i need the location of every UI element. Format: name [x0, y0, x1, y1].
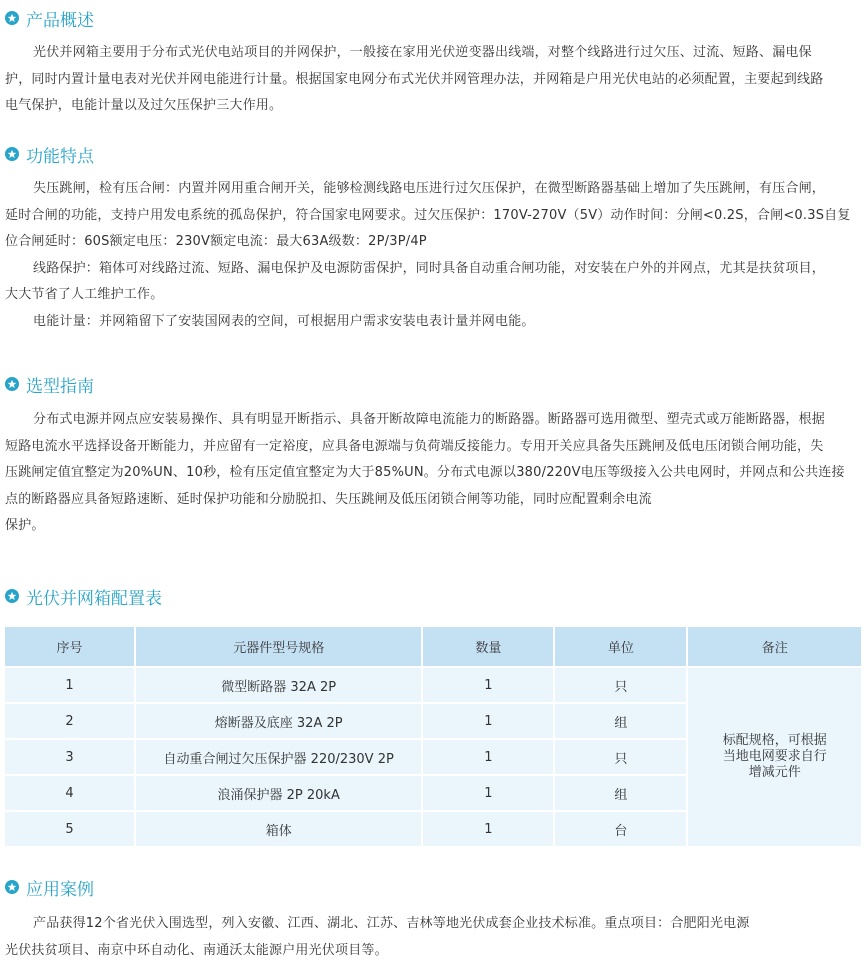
star-circle-icon — [5, 377, 19, 391]
text-line: 位合闸延时：60S额定电压：230V额定电流：最大63A级数：2P/3P/4P — [5, 229, 865, 256]
star-circle-icon — [5, 589, 19, 603]
selection-paragraph: 分布式电源并网点应安装易操作、具有明显开断指示、具备开断故障电流能力的断路器。断… — [5, 407, 865, 540]
text-line: 电能计量：并网箱留下了安装国网表的空间，可根据用户需求安装电表计量并网电能。 — [5, 309, 865, 336]
cell-note: 标配规格，可根据 当地电网要求自行 增减元件 — [688, 668, 861, 846]
cell-spec: 浪涌保护器 2P 20kA — [136, 776, 421, 810]
star-circle-icon — [5, 880, 19, 894]
cell-spec: 自动重合闸过欠压保护器 220/230V 2P — [136, 740, 421, 774]
text-line: 点的断路器应具备短路速断、延时保护功能和分励脱扣、失压跳闸及低压闭锁合闸等功能，… — [5, 487, 865, 514]
text-line: 大大节省了人工维护工作。 — [5, 282, 865, 309]
cell-no: 1 — [5, 668, 134, 702]
text-line: 保护。 — [5, 513, 865, 540]
note-line: 当地电网要求自行 — [689, 749, 860, 765]
cell-qty: 1 — [423, 704, 553, 738]
cell-qty: 1 — [423, 812, 553, 846]
text-line: 延时合闸的功能，支持户用发电系统的孤岛保护，符合国家电网要求。过欠压保护：170… — [5, 203, 865, 230]
cell-qty: 1 — [423, 776, 553, 810]
section-title-text: 应用案例 — [26, 875, 94, 900]
text-line: 光伏扶贫项目、南京中环自动化、南通沃太能源户用光伏项目等。 — [5, 938, 865, 965]
text-line: 电气保护，电能计量以及过欠压保护三大作用。 — [5, 93, 865, 120]
text-line: 压跳闸定值宜整定为20%UN、10秒，检有压定值宜整定为大于85%UN。分布式电… — [5, 460, 865, 487]
section-title-text: 功能特点 — [26, 142, 94, 167]
overview-paragraph: 光伏并网箱主要用于分布式光伏电站项目的并网保护，一般接在家用光伏逆变器出线端，对… — [5, 40, 865, 120]
cases-paragraph: 产品获得12个省光伏入围选型，列入安徽、江西、湖北、江苏、吉林等地光伏成套企业技… — [5, 911, 865, 964]
note-line: 标配规格，可根据 — [689, 733, 860, 749]
star-circle-icon — [5, 147, 19, 161]
section-title-overview: 产品概述 — [5, 6, 94, 30]
table-header-row: 序号 元器件型号规格 数量 单位 备注 — [5, 627, 861, 666]
header-note: 备注 — [688, 627, 861, 666]
cell-spec: 微型断路器 32A 2P — [136, 668, 421, 702]
text-line: 光伏并网箱主要用于分布式光伏电站项目的并网保护，一般接在家用光伏逆变器出线端，对… — [5, 40, 865, 67]
section-title-selection: 选型指南 — [5, 372, 94, 396]
config-table: 序号 元器件型号规格 数量 单位 备注 1 微型断路器 32A 2P 1 只 标… — [3, 625, 863, 848]
section-title-text: 选型指南 — [26, 372, 94, 397]
text-line: 失压跳闸，检有压合闸：内置并网用重合闸开关，能够检测线路电压进行过欠压保护，在微… — [5, 176, 865, 203]
cell-qty: 1 — [423, 740, 553, 774]
cell-unit: 台 — [555, 812, 686, 846]
table-row: 1 微型断路器 32A 2P 1 只 标配规格，可根据 当地电网要求自行 增减元… — [5, 668, 861, 702]
section-title-config: 光伏并网箱配置表 — [5, 584, 162, 608]
cell-unit: 只 — [555, 668, 686, 702]
text-line: 线路保护：箱体可对线路过流、短路、漏电保护及电源防雷保护，同时具备自动重合闸功能… — [5, 256, 865, 283]
star-circle-icon — [5, 11, 19, 25]
features-paragraph: 失压跳闸，检有压合闸：内置并网用重合闸开关，能够检测线路电压进行过欠压保护，在微… — [5, 176, 865, 335]
note-line: 增减元件 — [689, 765, 860, 781]
text-line: 护，同时内置计量电表对光伏并网电能进行计量。根据国家电网分布式光伏并网管理办法，… — [5, 67, 865, 94]
cell-unit: 组 — [555, 776, 686, 810]
cell-no: 3 — [5, 740, 134, 774]
text-line: 短路电流水平选择设备开断能力，并应留有一定裕度，应具备电源端与负荷端反接能力。专… — [5, 434, 865, 461]
section-title-cases: 应用案例 — [5, 875, 94, 899]
header-spec: 元器件型号规格 — [136, 627, 421, 666]
section-title-features: 功能特点 — [5, 142, 94, 166]
section-title-text: 光伏并网箱配置表 — [26, 584, 162, 609]
text-line: 分布式电源并网点应安装易操作、具有明显开断指示、具备开断故障电流能力的断路器。断… — [5, 407, 865, 434]
cell-spec: 箱体 — [136, 812, 421, 846]
cell-unit: 只 — [555, 740, 686, 774]
header-qty: 数量 — [423, 627, 553, 666]
cell-qty: 1 — [423, 668, 553, 702]
header-no: 序号 — [5, 627, 134, 666]
cell-unit: 组 — [555, 704, 686, 738]
text-line: 产品获得12个省光伏入围选型，列入安徽、江西、湖北、江苏、吉林等地光伏成套企业技… — [5, 911, 865, 938]
cell-no: 4 — [5, 776, 134, 810]
header-unit: 单位 — [555, 627, 686, 666]
section-title-text: 产品概述 — [26, 6, 94, 31]
cell-spec: 熔断器及底座 32A 2P — [136, 704, 421, 738]
cell-no: 2 — [5, 704, 134, 738]
cell-no: 5 — [5, 812, 134, 846]
